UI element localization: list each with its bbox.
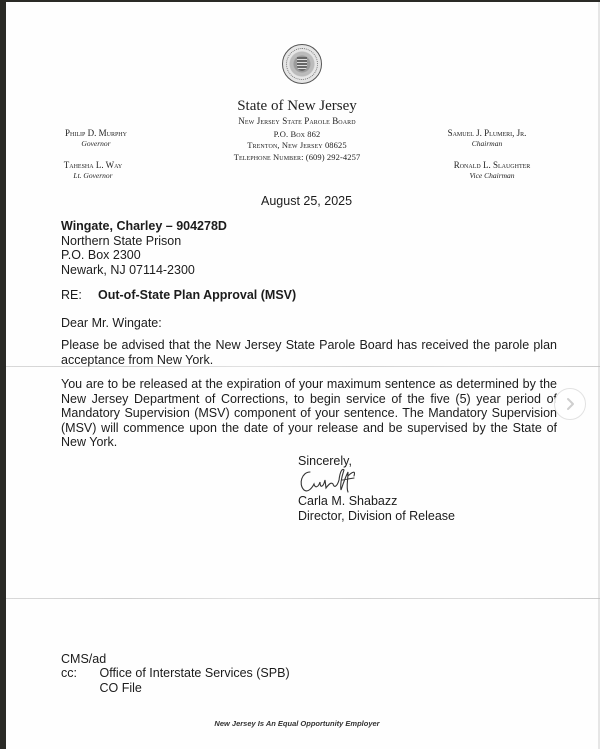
letterhead-agency: New Jersey State Parole Board xyxy=(6,116,594,126)
address-line: Northern State Prison xyxy=(61,234,227,249)
letter-page: State of New Jersey New Jersey State Par… xyxy=(6,2,600,749)
official-name: Ronald L. Slaughter xyxy=(432,160,552,170)
official-chairman: Samuel J. Plumeri, Jr. Chairman xyxy=(432,128,542,148)
re-label: RE: xyxy=(61,288,98,302)
official-name: Samuel J. Plumeri, Jr. xyxy=(432,128,542,138)
typist-initials: CMS/ad xyxy=(61,652,106,666)
cc-item: Office of Interstate Services (SPB) xyxy=(99,666,289,681)
subject-text: Out-of-State Plan Approval (MSV) xyxy=(98,288,296,302)
next-image-button[interactable] xyxy=(554,388,586,420)
body-paragraph: You are to be released at the expiration… xyxy=(61,377,557,450)
subject-line: RE:Out-of-State Plan Approval (MSV) xyxy=(61,288,296,302)
letterhead-state-title: State of New Jersey xyxy=(6,98,594,115)
official-title: Lt. Governor xyxy=(48,171,138,180)
signer-name: Carla M. Shabazz xyxy=(298,494,455,509)
official-governor: Philip D. Murphy Governor xyxy=(48,128,144,148)
signer-title: Director, Division of Release xyxy=(298,509,455,524)
fold-line xyxy=(6,598,600,599)
official-name: Tahesha L. Way xyxy=(48,160,138,170)
signature-icon xyxy=(296,462,366,498)
recipient-name: Wingate, Charley – 904278D xyxy=(61,219,227,234)
state-seal-icon xyxy=(282,44,322,84)
official-vice-chairman: Ronald L. Slaughter Vice Chairman xyxy=(432,160,552,180)
footer-eoe: New Jersey Is An Equal Opportunity Emplo… xyxy=(6,719,594,728)
official-title: Governor xyxy=(48,139,144,148)
cc-block: cc: Office of Interstate Services (SPB) … xyxy=(61,666,290,695)
letter-date: August 25, 2025 xyxy=(261,194,352,208)
official-name: Philip D. Murphy xyxy=(48,128,144,138)
official-title: Vice Chairman xyxy=(432,171,552,180)
address-line: P.O. Box 2300 xyxy=(61,248,227,263)
chevron-right-icon xyxy=(564,397,576,411)
official-title: Chairman xyxy=(432,139,542,148)
official-lt-governor: Tahesha L. Way Lt. Governor xyxy=(48,160,138,180)
cc-item: CO File xyxy=(99,681,289,696)
recipient-address: Wingate, Charley – 904278D Northern Stat… xyxy=(61,219,227,277)
cc-list: Office of Interstate Services (SPB) CO F… xyxy=(99,666,289,695)
salutation: Dear Mr. Wingate: xyxy=(61,316,162,330)
body-paragraph: Please be advised that the New Jersey St… xyxy=(61,338,557,367)
cc-label: cc: xyxy=(61,666,96,681)
signer-block: Carla M. Shabazz Director, Division of R… xyxy=(298,494,455,523)
address-line: Newark, NJ 07114-2300 xyxy=(61,263,227,278)
